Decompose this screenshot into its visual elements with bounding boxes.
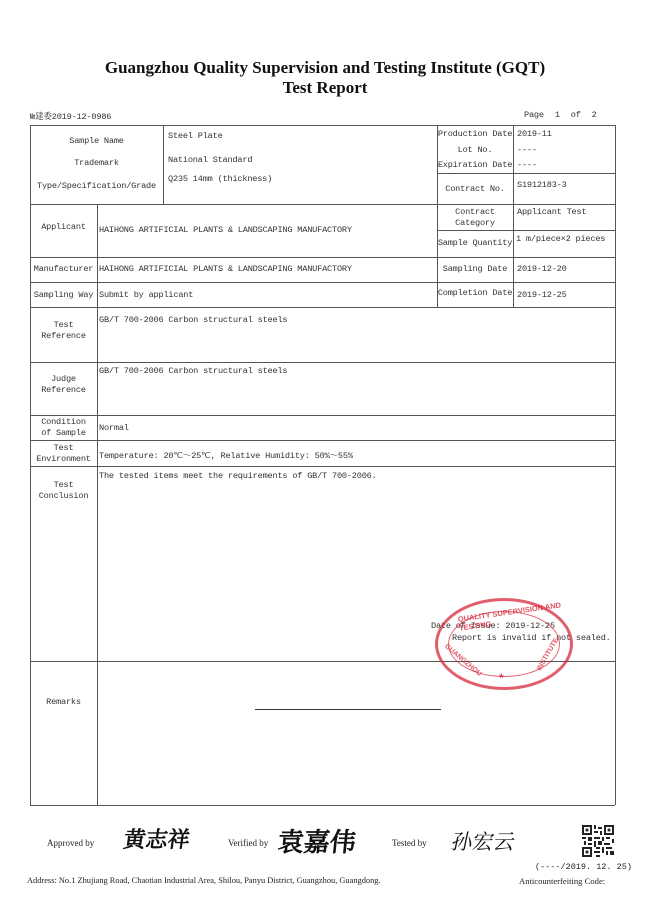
remarks-label: Remarks <box>30 697 97 708</box>
sampling-way-value: Submit by applicant <box>99 290 193 300</box>
contract-category-label-line2: Category <box>437 218 513 229</box>
tested-by-label: Tested by <box>392 838 427 848</box>
condition-label-line1: Condition <box>30 417 97 428</box>
page-indicator: Page 1 of 2 <box>524 110 597 120</box>
divider <box>30 440 615 441</box>
conclusion-label: Test Conclusion <box>30 480 97 502</box>
production-date-value: 2019-11 <box>517 129 552 139</box>
divider <box>30 204 615 205</box>
divider <box>30 466 615 467</box>
contract-no-value: S1912183-3 <box>517 180 567 190</box>
sampling-date-label: Sampling Date <box>437 264 513 275</box>
test-reference-label-line2: Reference <box>30 331 97 342</box>
type-label: Type/Specification/Grade <box>30 181 163 192</box>
remarks-blank-line <box>255 709 441 710</box>
report-number: №建委2019-12-0986 <box>30 110 111 122</box>
anticounterfeiting-label: Anticounterfeiting Code: <box>519 876 605 886</box>
conclusion-value: The tested items meet the requirements o… <box>99 471 377 481</box>
contract-no-label: Contract No. <box>437 184 513 195</box>
contract-category-label-line1: Contract <box>437 207 513 218</box>
contract-category-value: Applicant Test <box>517 207 586 217</box>
applicant-value: HAIHONG ARTIFICIAL PLANTS & LANDSCAPING … <box>99 225 352 235</box>
tested-signature: 孙宏云 <box>449 826 518 856</box>
divider <box>97 204 98 805</box>
production-date-label: Production Date <box>437 129 513 140</box>
divider <box>513 125 514 307</box>
conclusion-label-line1: Test <box>30 480 97 491</box>
type-value: Q235 14mm (thickness) <box>168 174 272 184</box>
environment-value: Temperature: 20℃～25℃, Relative Humidity:… <box>99 449 353 461</box>
official-seal-stamp: QUALITY SUPERVISION AND TESTING INSTITUT… <box>435 598 573 690</box>
expiration-date-value: ---- <box>517 160 537 170</box>
trademark-label: Trademark <box>30 158 163 169</box>
trademark-value: National Standard <box>168 155 252 165</box>
test-reference-label: Test Reference <box>30 320 97 342</box>
sample-quantity-value: 1 m/piece×2 pieces <box>516 234 605 244</box>
contract-category-label: Contract Category <box>437 207 513 229</box>
seal-star-icon: * <box>499 671 504 685</box>
sampling-date-value: 2019-12-20 <box>517 264 567 274</box>
table-border-top <box>30 125 615 126</box>
conclusion-label-line2: Conclusion <box>30 491 97 502</box>
divider <box>30 362 615 363</box>
page-total: 2 <box>592 110 597 120</box>
judge-reference-label-line1: Judge <box>30 374 97 385</box>
verified-by-label: Verified by <box>228 838 268 848</box>
completion-date-label: Completion Date <box>437 288 513 299</box>
test-reference-label-line1: Test <box>30 320 97 331</box>
lot-no-value: ---- <box>517 145 537 155</box>
environment-label-line1: Test <box>30 443 97 454</box>
divider <box>30 282 615 283</box>
sample-quantity-label: Sample Quantity <box>437 238 513 249</box>
condition-value: Normal <box>99 423 129 433</box>
judge-reference-label-line2: Reference <box>30 385 97 396</box>
applicant-label: Applicant <box>30 222 97 233</box>
lot-no-label: Lot No. <box>437 145 513 156</box>
divider <box>30 257 615 258</box>
sample-name-label: Sample Name <box>30 136 163 147</box>
approved-signature: 黄志祥 <box>122 823 192 854</box>
condition-label-line2: of Sample <box>30 428 97 439</box>
approved-by-label: Approved by <box>47 838 94 848</box>
sample-name-value: Steel Plate <box>168 131 223 141</box>
environment-label: Test Environment <box>30 443 97 465</box>
sampling-way-label: Sampling Way <box>30 290 97 301</box>
code-date: (----/2019. 12. 25) <box>535 862 632 872</box>
divider <box>437 230 615 231</box>
page-label: Page <box>524 110 544 120</box>
table-border-bottom <box>30 805 615 806</box>
institute-title: Guangzhou Quality Supervision and Testin… <box>0 58 650 78</box>
judge-reference-value: GB/T 700-2006 Carbon structural steels <box>99 366 287 376</box>
test-reference-value: GB/T 700-2006 Carbon structural steels <box>99 315 287 325</box>
expiration-date-label: Expiration Date <box>437 160 513 171</box>
manufacturer-value: HAIHONG ARTIFICIAL PLANTS & LANDSCAPING … <box>99 264 352 274</box>
judge-reference-label: Judge Reference <box>30 374 97 396</box>
verified-signature: 袁嘉伟 <box>276 822 358 859</box>
manufacturer-label: Manufacturer <box>30 264 97 275</box>
completion-date-value: 2019-12-25 <box>517 290 567 300</box>
table-border-right <box>615 125 616 805</box>
divider <box>30 307 615 308</box>
report-title: Test Report <box>0 78 650 98</box>
divider <box>437 173 615 174</box>
condition-label: Condition of Sample <box>30 417 97 439</box>
page-of: of <box>571 110 581 120</box>
divider <box>163 125 164 204</box>
divider <box>30 415 615 416</box>
environment-label-line2: Environment <box>30 454 97 465</box>
qr-code-icon <box>582 825 614 857</box>
page-current: 1 <box>555 110 560 120</box>
address: Address: No.1 Zhujiang Road, Chaotian In… <box>27 876 381 885</box>
